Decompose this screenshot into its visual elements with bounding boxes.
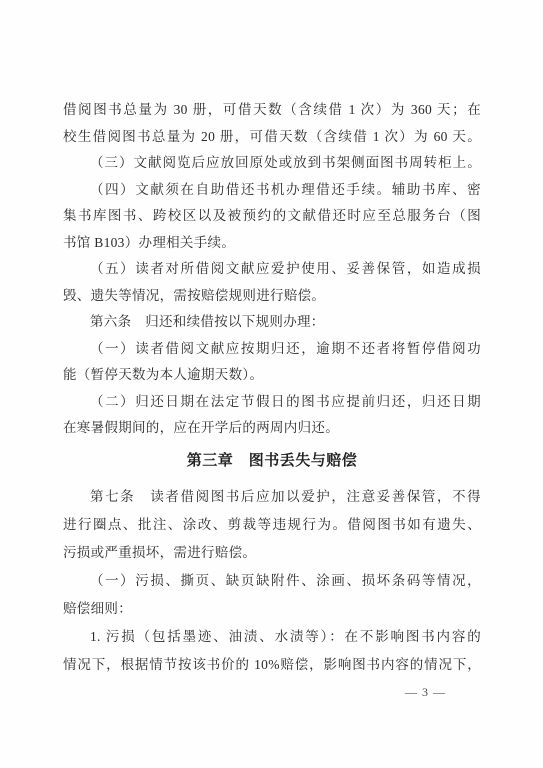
document-text-line: （五）读者对所借阅文献应爱护使用、妥善保管，如造成损 [63, 256, 481, 283]
document-text-line: 污损或严重损坏，需进行赔偿。 [63, 539, 481, 567]
chapter-heading: 第三章 图书丢失与赔偿 [63, 447, 481, 475]
document-page: 借阅图书总量为 30 册，可借天数（含续借 1 次）为 360 天；在校生借阅图… [0, 0, 543, 768]
document-text-line: 第七条 读者借阅图书后应加以爱护，注意妥善保管，不得 [63, 483, 481, 511]
document-text-line: 书馆 B103）办理相关手续。 [63, 230, 481, 257]
document-text-line: （四）文献须在自助借还书机办理借还手续。辅助书库、密 [63, 177, 481, 204]
document-text-line: 毁、遗失等情况，需按赔偿规则进行赔偿。 [63, 283, 481, 310]
document-text-line: 情况下，根据情节按该书价的 10%赔偿，影响图书内容的情况下， [63, 651, 481, 679]
document-text-line: 借阅图书总量为 30 册，可借天数（含续借 1 次）为 360 天；在 [63, 97, 481, 124]
document-text-line: （一）读者借阅文献应按期归还，逾期不还者将暂停借阅功 [63, 336, 481, 363]
document-text-line: 1. 污损（包括墨迹、油渍、水渍等）：在不影响图书内容的 [63, 623, 481, 651]
document-body: 借阅图书总量为 30 册，可借天数（含续借 1 次）为 360 天；在校生借阅图… [63, 97, 481, 679]
document-text-line: （二）归还日期在法定节假日的图书应提前归还，归还日期 [63, 389, 481, 416]
document-text-line: （三）文献阅览后应放回原处或放到书架侧面图书周转柜上。 [63, 150, 481, 177]
document-text-line: （一）污损、撕页、缺页缺附件、涂画、损坏条码等情况， [63, 567, 481, 595]
document-text-line: 赔偿细则： [63, 595, 481, 623]
document-text-line: 校生借阅图书总量为 20 册，可借天数（含续借 1 次）为 60 天。 [63, 124, 481, 151]
page-number: — 3 — [398, 685, 453, 700]
document-text-line: 在寒暑假期间的，应在开学后的两周内归还。 [63, 415, 481, 442]
document-text-line: 进行圈点、批注、涂改、剪裁等违规行为。借阅图书如有遗失、 [63, 511, 481, 539]
document-text-line: 能（暂停天数为本人逾期天数）。 [63, 362, 481, 389]
document-text-line: 集书库图书、跨校区以及被预约的文献借还时应至总服务台（图 [63, 203, 481, 230]
document-text-line: 第六条 归还和续借按以下规则办理： [63, 309, 481, 336]
